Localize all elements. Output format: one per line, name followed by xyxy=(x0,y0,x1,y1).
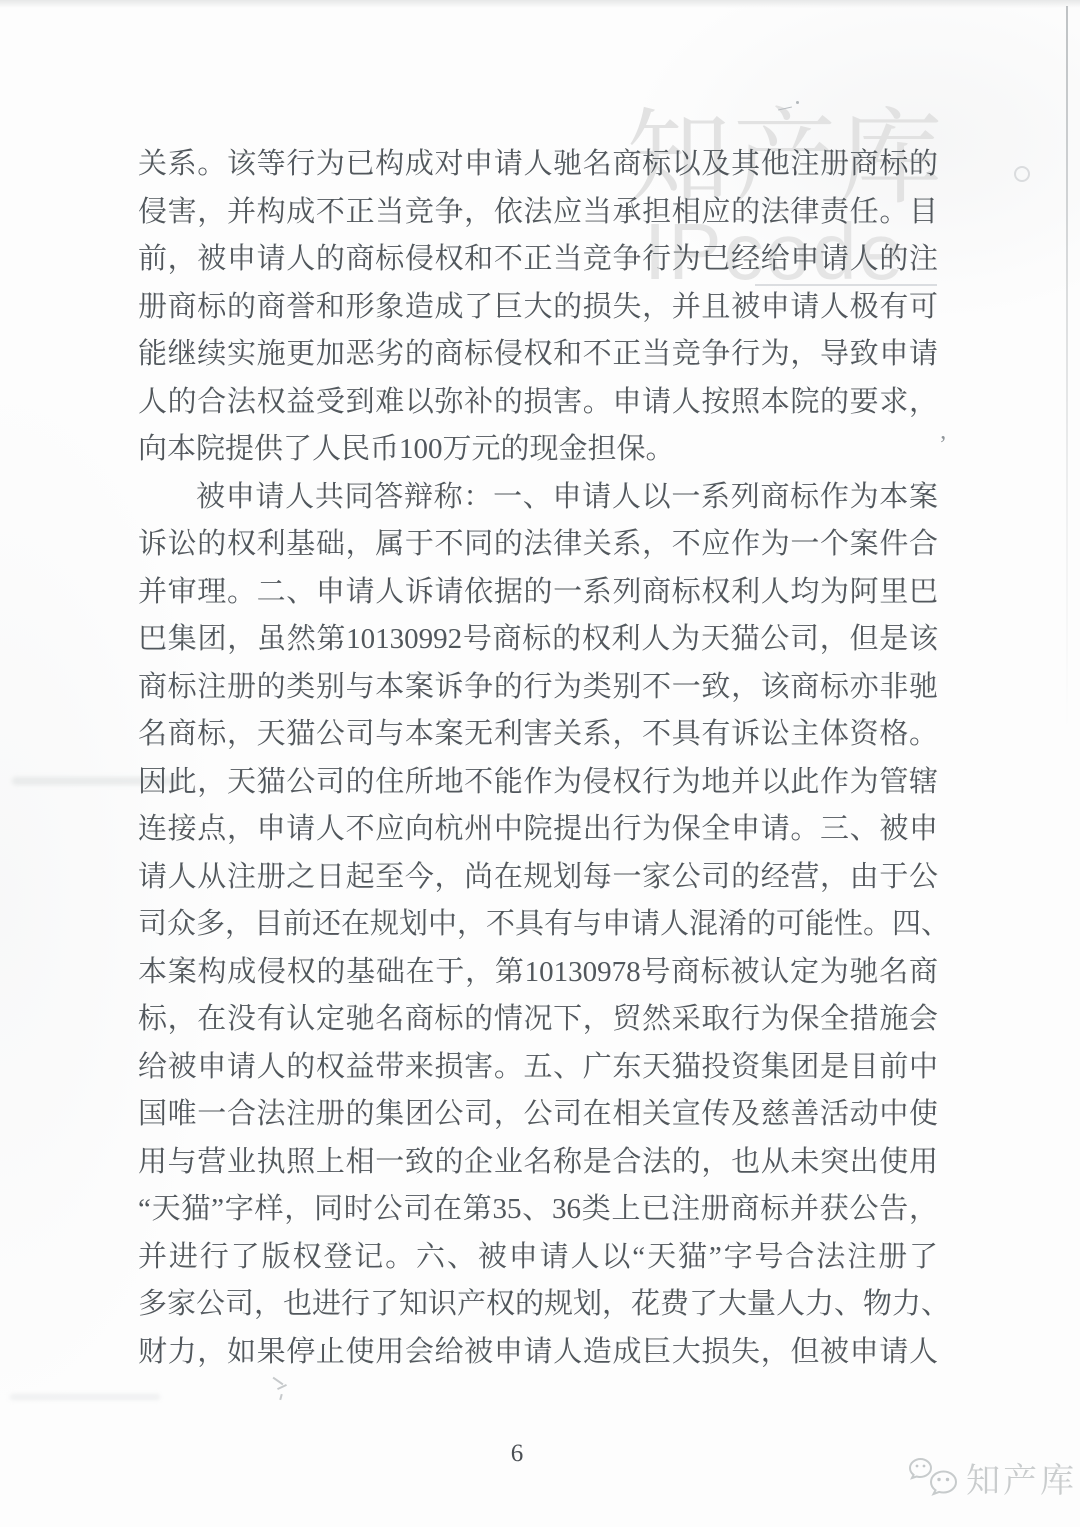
text-line: 诉讼的权利基础，属于不同的法律关系，不应作为一个案件合 xyxy=(138,521,938,569)
text-line: 并进行了版权登记。六、被申请人以“天猫”字号合法注册了 xyxy=(138,1234,938,1282)
scan-artifact-scribble xyxy=(268,1376,292,1402)
scan-artifact-fold-line xyxy=(1066,6,1068,730)
text-line: 本案构成侵权的基础在于，第10130978号商标被认定为驰名商 xyxy=(138,949,938,997)
text-line: 给被申请人的权益带来损害。五、广东天猫投资集团是目前中 xyxy=(138,1044,938,1092)
text-line: 商标注册的类别与本案诉争的行为类别不一致，该商标亦非驰 xyxy=(138,664,938,712)
scan-artifact-tick: ’ xyxy=(939,432,947,459)
text-line: 连接点，申请人不应向杭州中院提出行为保全申请。三、被申 xyxy=(138,806,938,854)
scan-artifact-ring xyxy=(1014,166,1030,182)
footer-brand-label: 知产库 xyxy=(966,1461,1077,1501)
wechat-logo-icon xyxy=(906,1456,960,1505)
page-number: 6 xyxy=(495,1440,539,1468)
text-line: 标，在没有认定驰名商标的情况下，贸然采取行为保全措施会 xyxy=(138,996,938,1044)
footer-brand: 知产库 xyxy=(906,1456,1077,1505)
text-line: 被申请人共同答辩称：一、申请人以一系列商标作为本案 xyxy=(138,474,938,522)
text-line: 名商标，天猫公司与本案无利害关系，不具有诉讼主体资格。 xyxy=(138,711,938,759)
text-line: 关系。该等行为已构成对申请人驰名商标以及其他注册商标的 xyxy=(138,141,938,189)
text-line: “天猫”字样，同时公司在第35、36类上已注册商标并获公告， xyxy=(138,1186,938,1234)
text-line: 司众多，目前还在规划中，不具有与申请人混淆的可能性。四、 xyxy=(138,901,938,949)
text-line: 并审理。二、申请人诉请依据的一系列商标权利人均为阿里巴 xyxy=(138,569,938,617)
text-line: 用与营业执照上相一致的企业名称是合法的，也从未突出使用 xyxy=(138,1139,938,1187)
scan-artifact-dot xyxy=(796,101,799,104)
text-line: 人的合法权益受到难以弥补的损害。申请人按照本院的要求， xyxy=(138,379,938,427)
text-line: 册商标的商誉和形象造成了巨大的损失，并且被申请人极有可 xyxy=(138,284,938,332)
text-line: 巴集团，虽然第10130992号商标的权利人为天猫公司，但是该 xyxy=(138,616,938,664)
text-line: 能继续实施更加恶劣的商标侵权和不正当竞争行为，导致申请 xyxy=(138,331,938,379)
text-line: 财力，如果停止使用会给被申请人造成巨大损失，但被申请人 xyxy=(138,1329,938,1377)
text-line: 前，被申请人的商标侵权和不正当竞争行为已经给申请人的注 xyxy=(138,236,938,284)
scan-artifact-streak xyxy=(10,1394,160,1400)
text-line: 国唯一合法注册的集团公司，公司在相关宣传及慈善活动中使 xyxy=(138,1091,938,1139)
text-line: 因此，天猫公司的住所地不能作为侵权行为地并以此作为管辖 xyxy=(138,759,938,807)
text-line: 请人从注册之日起至今，尚在规划每一家公司的经营，由于公 xyxy=(138,854,938,902)
text-line: 多家公司，也进行了知识产权的规划，花费了大量人力、物力、 xyxy=(138,1281,938,1329)
scanned-document-page: 知产库 IPcode ’ 关系。该等行为已构成对申请人驰名商标以及其他注册商标的… xyxy=(0,0,1080,1527)
text-line: 向本院提供了人民币100万元的现金担保。 xyxy=(138,426,938,474)
scan-artifact-mark xyxy=(778,107,792,111)
text-line: 侵害，并构成不正当竞争，依法应当承担相应的法律责任。目 xyxy=(138,189,938,237)
document-body: 关系。该等行为已构成对申请人驰名商标以及其他注册商标的侵害，并构成不正当竞争，依… xyxy=(138,141,938,1376)
